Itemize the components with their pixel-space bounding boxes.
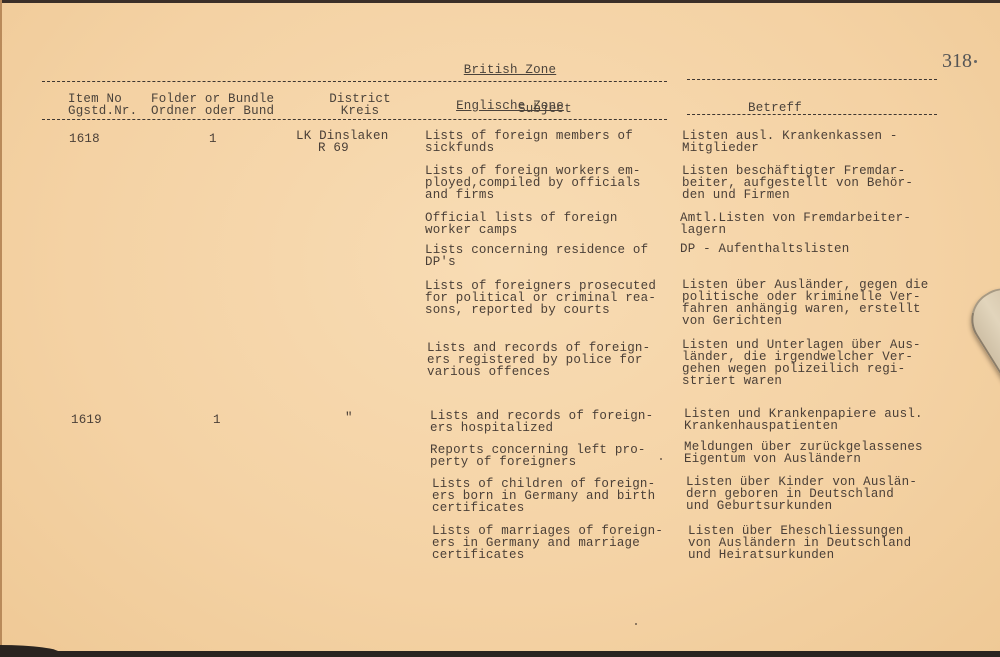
betreff-entry: Meldungen über zurückgelassenes Eigentum…	[684, 441, 923, 465]
col-folder-de: Ordner oder Bund	[151, 105, 274, 117]
folder-number: 1	[213, 414, 221, 426]
subject-entry: Lists and records of foreign- ers regist…	[427, 342, 650, 378]
paper-speck	[635, 623, 637, 625]
paperclip-shadow	[960, 277, 1000, 413]
col-district-de: Kreis	[300, 105, 420, 117]
header-bottom-rule-left	[42, 119, 667, 120]
betreff-entry: Listen beschäftigter Fremdar- beiter, au…	[682, 165, 913, 201]
col-betreff: Betreff	[710, 102, 840, 114]
page-left-edge	[0, 0, 2, 657]
subject-entry: Official lists of foreign worker camps	[425, 212, 618, 236]
subject-entry: Lists concerning residence of DP's	[425, 244, 648, 268]
subject-entry: Lists of foreigners prosecuted for polit…	[425, 280, 656, 316]
header-top-rule-right	[687, 79, 937, 80]
subject-entry: Lists and records of foreign- ers hospit…	[430, 410, 653, 434]
item-number: 1618	[69, 133, 100, 145]
betreff-entry: Listen und Krankenpapiere ausl. Krankenh…	[684, 408, 923, 432]
betreff-entry: Listen und Unterlagen über Aus- länder, …	[682, 339, 921, 387]
betreff-entry: Amtl.Listen von Fremdarbeiter- lagern	[680, 212, 911, 236]
subject-entry: Reports concerning left pro- perty of fo…	[430, 444, 646, 468]
subject-entry: Lists of foreign members of sickfunds	[425, 130, 633, 154]
page-number: 318	[942, 50, 972, 73]
folder-number: 1	[209, 133, 217, 145]
betreff-entry: Listen ausl. Krankenkassen - Mitglieder	[682, 130, 898, 154]
header-top-rule-left	[42, 81, 667, 82]
betreff-entry: Listen über Kinder von Auslän- dern gebo…	[686, 476, 917, 512]
document-page: British Zone Englische Zone 318 Item No …	[0, 0, 1000, 657]
betreff-entry: Listen über Eheschliessungen von Ausländ…	[688, 525, 911, 561]
item-number: 1619	[71, 414, 102, 426]
col-subject: Subject	[480, 103, 610, 115]
page-dot-mark	[974, 60, 977, 63]
betreff-entry: Listen über Ausländer, gegen die politis…	[682, 279, 928, 327]
betreff-entry: DP - Aufenthaltslisten	[680, 243, 849, 255]
zone-english: British Zone	[430, 64, 590, 76]
subject-entry: Lists of children of foreign- ers born i…	[432, 478, 655, 514]
page-bottom-edge	[0, 651, 1000, 657]
page-top-edge	[0, 0, 1000, 3]
col-item-no-de: Ggstd.Nr.	[68, 105, 137, 117]
subject-entry: Lists of marriages of foreign- ers in Ge…	[432, 525, 663, 561]
paper-speck	[660, 458, 662, 460]
subject-entry: Lists of foreign workers em- ployed,comp…	[425, 165, 641, 201]
zone-heading: British Zone Englische Zone	[430, 40, 590, 136]
header-bottom-rule-right	[687, 114, 937, 115]
district-code: R 69	[318, 142, 349, 154]
district-ditto-mark: "	[345, 412, 353, 424]
